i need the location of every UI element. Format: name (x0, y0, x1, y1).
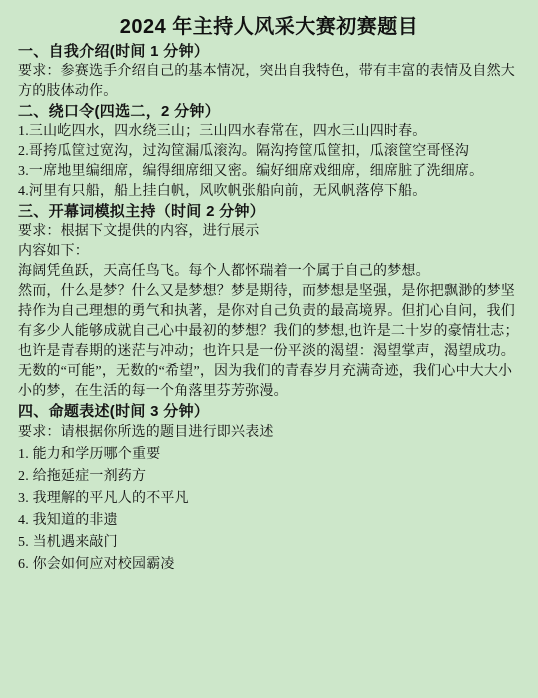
document-body: 一、自我介绍(时间 1 分钟） 要求：参赛选手介绍自己的基本情况，突出自我特色，… (0, 42, 538, 576)
section-topic-presentation: 四、命题表述(时间 3 分钟） 要求：请根据你所选的题目进行即兴表述 1. 能力… (18, 402, 520, 576)
document-title: 2024 年主持人风采大赛初赛题目 (0, 0, 538, 42)
paragraph-text: 然而，什么是梦？什么又是梦想？梦是期待，而梦想是坚强，是你把飘渺的梦坚持作为自己… (18, 282, 520, 402)
list-item: 2.哥挎瓜筐过宽沟，过沟筐漏瓜滚沟。隔沟挎筐瓜筐扣，瓜滚筐空哥怪沟 (18, 142, 520, 162)
list-item: 3.一席地里编细席，编得细席细又密。编好细席戏细席，细席脏了洗细席。 (18, 162, 520, 182)
section-self-introduction: 一、自我介绍(时间 1 分钟） 要求：参赛选手介绍自己的基本情况，突出自我特色，… (18, 42, 520, 102)
list-item: 1. 能力和学历哪个重要 (18, 444, 520, 466)
section-heading: 三、开幕词模拟主持（时间 2 分钟） (18, 202, 520, 222)
section-requirement-text: 要求：参赛选手介绍自己的基本情况，突出自我特色，带有丰富的表情及自然大方的肢体动… (18, 62, 520, 102)
list-item: 3. 我理解的平凡人的不平凡 (18, 488, 520, 510)
list-item: 1.三山屹四水，四水绕三山；三山四水春常在，四水三山四时春。 (18, 122, 520, 142)
section-opening-speech-hosting: 三、开幕词模拟主持（时间 2 分钟） 要求：根据下文提供的内容，进行展示 内容如… (18, 202, 520, 402)
document-page: 2024 年主持人风采大赛初赛题目 一、自我介绍(时间 1 分钟） 要求：参赛选… (0, 0, 538, 698)
list-item: 4.河里有只船，船上挂白帆，风吹帆张船向前，无风帆落停下船。 (18, 182, 520, 202)
paragraph-text: 海阔凭鱼跃，天高任鸟飞。每个人都怀瑞着一个属于自己的梦想。 (18, 262, 520, 282)
list-item: 6. 你会如何应对校园霸凌 (18, 554, 520, 576)
section-heading: 一、自我介绍(时间 1 分钟） (18, 42, 520, 62)
list-item: 5. 当机遇来敲门 (18, 532, 520, 554)
list-item: 2. 给拖延症一剂药方 (18, 466, 520, 488)
section-requirement-text: 要求：请根据你所选的题目进行即兴表述 (18, 422, 520, 444)
section-heading: 二、绕口令(四选二，2 分钟） (18, 102, 520, 122)
section-requirement-text: 要求：根据下文提供的内容，进行展示 (18, 222, 520, 242)
section-tongue-twisters: 二、绕口令(四选二，2 分钟） 1.三山屹四水，四水绕三山；三山四水春常在，四水… (18, 102, 520, 202)
list-item: 4. 我知道的非遗 (18, 510, 520, 532)
section-content-label: 内容如下： (18, 242, 520, 262)
section-heading: 四、命题表述(时间 3 分钟） (18, 402, 520, 422)
